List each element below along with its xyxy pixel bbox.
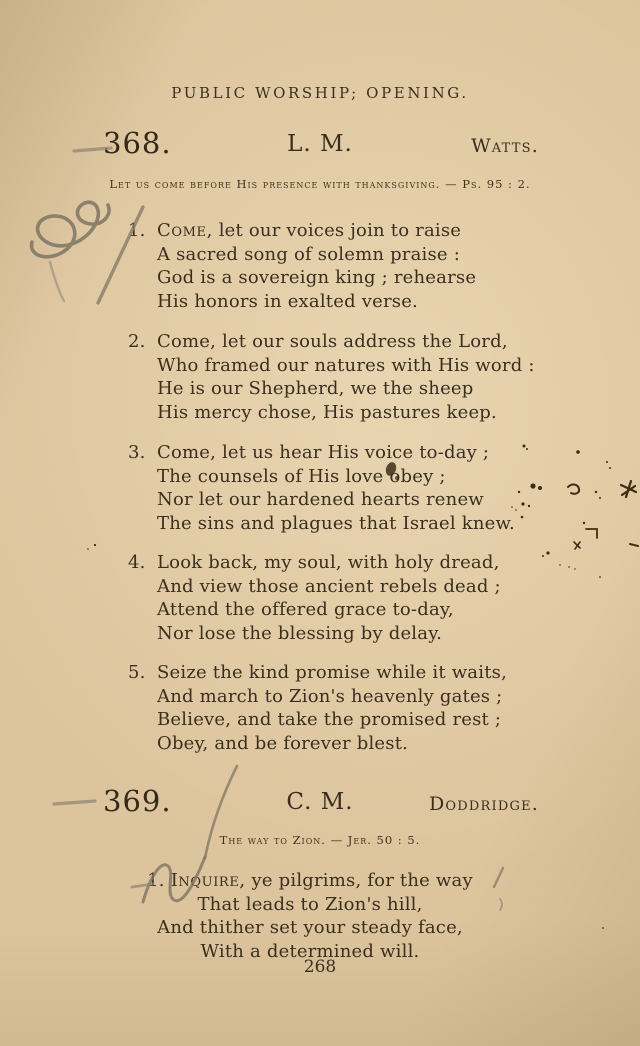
- verse-line: Nor let our hardened hearts renew: [157, 488, 640, 512]
- verse-line: Nor lose the blessing by delay.: [157, 622, 640, 646]
- hymn-heading-369: 369. C. M. Doddridge.: [0, 776, 640, 820]
- hymnal-page: PUBLIC WORSHIP; OPENING. 368. L. M. Watt…: [0, 0, 640, 1046]
- verse-line: Who framed our natures with His word :: [157, 354, 640, 378]
- verse-line: 1.Inquire,ye pilgrims, for the way: [0, 869, 620, 893]
- verse-line-text: ye pilgrims, for the way: [252, 870, 473, 891]
- verse-number: 3.: [128, 441, 146, 465]
- verse-line: Obey, and be forever blest.: [157, 732, 640, 756]
- hymn-meter: L. M.: [0, 131, 640, 157]
- verse: 5. Seize the kind promise while it waits…: [0, 661, 640, 755]
- page-number: 268: [0, 957, 640, 977]
- verse-number: 4.: [128, 551, 146, 575]
- verse-number: 1.: [147, 870, 165, 891]
- scripture-line: The way to Zion. — Jer. 50 : 5.: [0, 833, 640, 847]
- hymn-heading-368: 368. L. M. Watts.: [0, 118, 640, 162]
- verse-line: Attend the offered grace to-day,: [157, 598, 640, 622]
- verse: 1.Inquire,ye pilgrims, for the way That …: [0, 869, 620, 963]
- verse-line: The sins and plagues that Israel knew.: [157, 512, 640, 536]
- verse-line: He is our Shepherd, we the sheep: [157, 377, 640, 401]
- verse-line: His mercy chose, His pastures keep.: [157, 401, 640, 425]
- verse-number: 5.: [128, 661, 146, 685]
- verse-lead-word: Inquire,: [171, 870, 246, 891]
- hymn-meter: C. M.: [0, 789, 640, 815]
- verse: 4. Look back, my soul, with holy dread, …: [0, 551, 640, 645]
- verse-line: Believe, and take the promised rest ;: [157, 708, 640, 732]
- verse-line: The counsels of His love obey ;: [157, 465, 640, 489]
- verse: 2. Come, let our souls address the Lord,…: [0, 330, 640, 424]
- verse: 1. Come,let our voices join to raise A s…: [0, 219, 640, 313]
- verse-line-text: let our voices join to raise: [219, 220, 461, 241]
- verse-line: That leads to Zion's hill,: [0, 893, 620, 917]
- verse-number: 2.: [128, 330, 146, 354]
- verse-number: 1.: [128, 219, 146, 243]
- hymn-author: Watts.: [471, 135, 539, 157]
- verse-line: Look back, my soul, with holy dread,: [157, 551, 640, 575]
- verse-line: And thither set your steady face,: [0, 916, 620, 940]
- hymn-author: Doddridge.: [429, 793, 539, 815]
- verse-line: Come, let our souls address the Lord,: [157, 330, 640, 354]
- verse-lead-word: Come,: [157, 220, 213, 241]
- verse-line: And view those ancient rebels dead ;: [157, 575, 640, 599]
- verse-line: God is a sovereign king ; rehearse: [157, 266, 640, 290]
- verse-line: Come, let us hear His voice to-day ;: [157, 441, 640, 465]
- verse-line: Come,let our voices join to raise: [157, 219, 640, 243]
- scripture-line: Let us come before His presence with tha…: [0, 177, 640, 191]
- verse-line: A sacred song of solemn praise :: [157, 243, 640, 267]
- running-header: PUBLIC WORSHIP; OPENING.: [0, 84, 640, 102]
- verse-line: Seize the kind promise while it waits,: [157, 661, 640, 685]
- verse: 3. Come, let us hear His voice to-day ; …: [0, 441, 640, 535]
- verse-line: And march to Zion's heavenly gates ;: [157, 685, 640, 709]
- verse-line: His honors in exalted verse.: [157, 290, 640, 314]
